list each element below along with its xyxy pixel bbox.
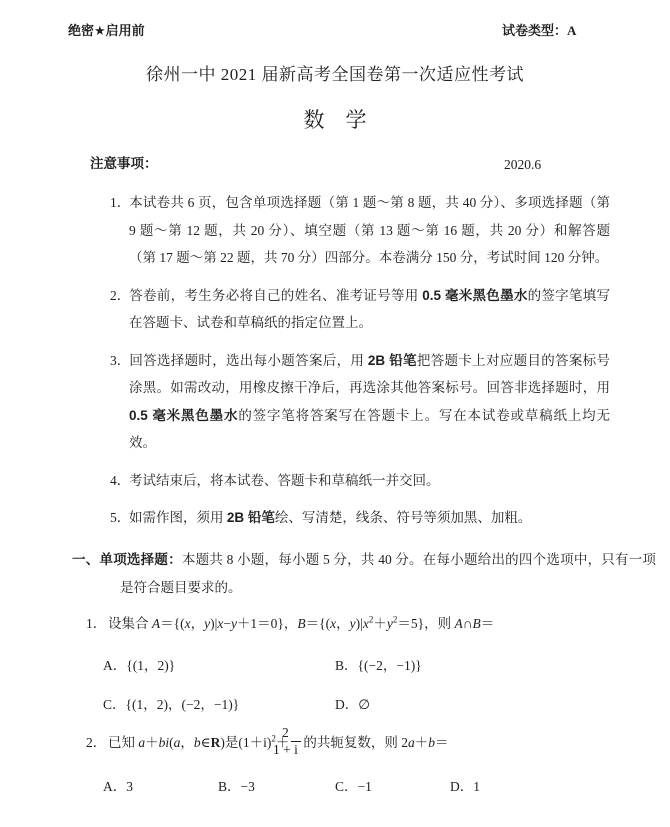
question-1-option-d: D．∅ [335,696,370,713]
option-label: D． [335,696,358,713]
option-label: D． [450,778,473,795]
question-1-option-c: C．{(1，2)，(−2，−1)} [103,696,239,713]
paper-type-value: A [567,23,576,38]
option-label: B． [218,778,241,795]
option-content: 3 [126,779,133,794]
notice-item-4: 4．考试结束后，将本试卷、答题卡和草稿纸一并交回。 [110,467,610,495]
notice-item-2: 2．答卷前，考生务必将自己的姓名、准考证号等用 0.5 毫米黑色墨水的签字笔填写… [110,282,610,337]
notice-number: 1． [110,189,129,217]
question-2-option-a: A．3 [103,778,133,795]
option-label: C． [335,778,358,795]
option-content: {(−2，−1)} [358,658,422,673]
option-content: −3 [241,779,255,794]
exam-paper-page: 绝密★启用前 试卷类型：A 徐州一中 2021 届新高考全国卷第一次适应性考试 … [0,0,670,827]
question-stem: 设集合 A＝{(x，y)|x−y＋1＝0}，B＝{(x，y)|x2＋y2＝5}，… [108,616,494,631]
notice-number: 4． [110,467,129,495]
notice-item-3: 3．回答选择题时，选出每小题答案后，用 2B 铅笔把答题卡上对应题目的答案标号涂… [110,347,610,457]
option-content: {(1，2)，(−2，−1)} [126,697,240,712]
notice-item-1: 1．本试卷共 6 页，包含单项选择题（第 1 题～第 8 题，共 40 分）、多… [110,189,610,272]
security-classification-label: 绝密★启用前 [68,23,145,39]
exam-date: 2020.6 [504,156,541,174]
question-2-option-c: C．−1 [335,778,372,795]
notice-text: 回答选择题时，选出每小题答案后，用 2B 铅笔把答题卡上对应题目的答案标号涂黑。… [129,353,610,451]
option-content: 1 [473,779,480,794]
question-2-option-b: B．−3 [218,778,255,795]
subject-title: 数 学 [0,107,670,133]
option-label: A． [103,657,126,674]
option-content: ∅ [358,697,370,712]
paper-type-label: 试卷类型： [502,23,567,38]
question-1: 1．设集合 A＝{(x，y)|x−y＋1＝0}，B＝{(x，y)|x2＋y2＝5… [86,610,632,638]
notice-text: 答卷前，考生务必将自己的姓名、准考证号等用 0.5 毫米黑色墨水的签字笔填写在答… [129,288,610,331]
option-content: −1 [358,779,372,794]
fraction: 21 + i [291,725,301,758]
section-heading-single-choice: 一、单项选择题：本题共 8 小题，每小题 5 分，共 40 分。在每小题给出的四… [72,546,656,602]
paper-type: 试卷类型：A [502,23,576,39]
option-label: A． [103,778,126,795]
question-number: 1． [86,610,108,638]
notices-list: 1．本试卷共 6 页，包含单项选择题（第 1 题～第 8 题，共 40 分）、多… [110,189,610,542]
option-label: B． [335,657,358,674]
notice-text: 考试结束后，将本试卷、答题卡和草稿纸一并交回。 [129,473,440,488]
question-1-option-a: A．{(1，2)} [103,657,175,674]
notice-number: 2． [110,282,129,310]
notice-text: 本试卷共 6 页，包含单项选择题（第 1 题～第 8 题，共 40 分）、多项选… [129,195,610,265]
option-content: {(1，2)} [126,658,175,673]
notice-number: 3． [110,347,129,375]
notice-item-5: 5．如需作图，须用 2B 铅笔绘、写清楚，线条、符号等须加黑、加粗。 [110,504,610,532]
question-stem: 已知 a＋bi(a，b∈R)是(1＋i)2＋21 + i的共轭复数，则 2a＋b… [108,735,449,750]
notices-heading: 注意事项： [90,155,158,173]
exam-title: 徐州一中 2021 届新高考全国卷第一次适应性考试 [0,64,670,86]
question-1-option-b: B．{(−2，−1)} [335,657,422,674]
notice-text: 如需作图，须用 2B 铅笔绘、写清楚，线条、符号等须加黑、加粗。 [129,510,531,525]
question-2-option-d: D．1 [450,778,480,795]
question-2: 2．已知 a＋bi(a，b∈R)是(1＋i)2＋21 + i的共轭复数，则 2a… [86,720,668,766]
option-label: C． [103,696,126,713]
question-number: 2． [86,720,108,766]
notice-number: 5． [110,504,129,532]
